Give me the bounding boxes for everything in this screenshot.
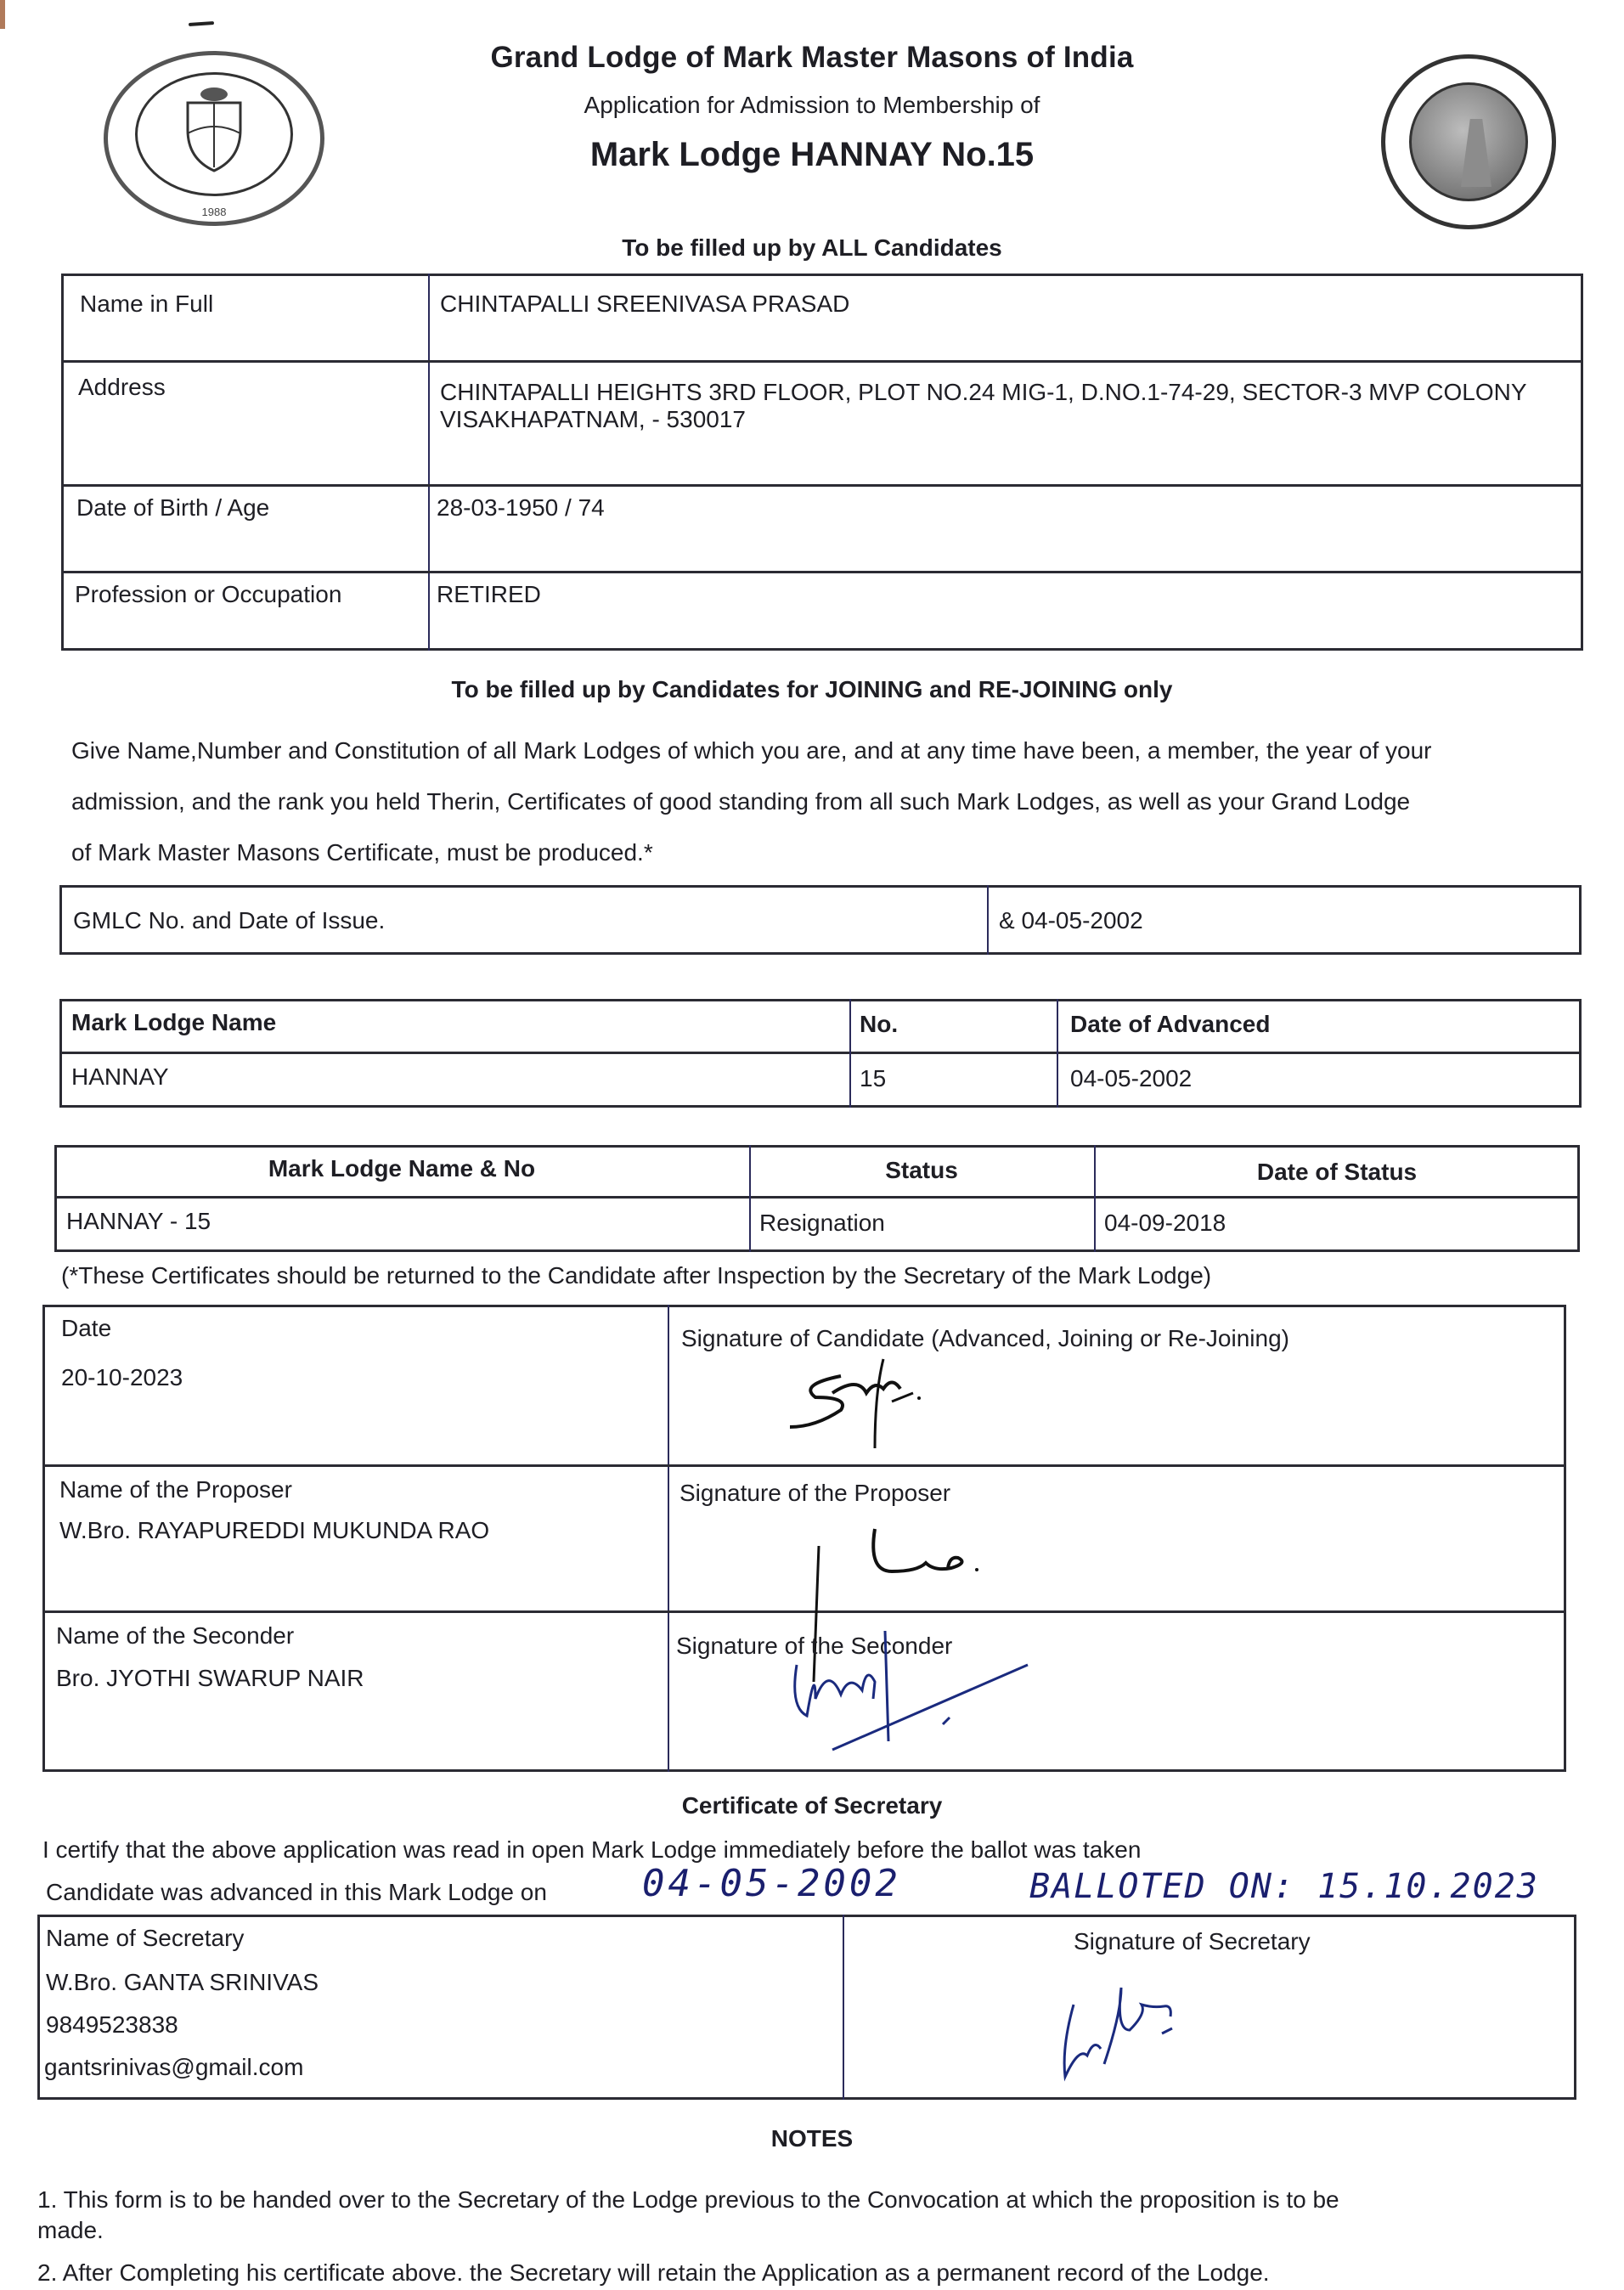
value-address-line2[interactable]: VISAKHAPATNAM, - 530017 xyxy=(440,406,746,433)
section-heading-joining: To be filled up by Candidates for JOININ… xyxy=(0,676,1624,703)
label-profession: Profession or Occupation xyxy=(75,581,341,608)
value-gmlc[interactable]: & 04-05-2002 xyxy=(999,907,1143,934)
certify-text: I certify that the above application was… xyxy=(42,1836,1141,1864)
header-date-of-advanced: Date of Advanced xyxy=(1070,1011,1270,1038)
label-secretary-signature: Signature of Secretary xyxy=(1074,1928,1311,1955)
seconder-signature-icon xyxy=(781,1614,1036,1767)
label-dob-age: Date of Birth / Age xyxy=(76,494,269,522)
lodge-title: Mark Lodge HANNAY No.15 xyxy=(0,136,1624,174)
header-date-of-status: Date of Status xyxy=(1094,1159,1580,1186)
label-candidate-signature: Signature of Candidate (Advanced, Joinin… xyxy=(681,1325,1289,1352)
seal-year: 1988 xyxy=(108,206,320,218)
note-1-cont: made. xyxy=(37,2215,1583,2246)
table-row-lodge-name[interactable]: HANNAY xyxy=(71,1063,169,1091)
value-secretary-phone[interactable]: 9849523838 xyxy=(46,2011,178,2039)
certificates-footnote: (*These Certificates should be returned … xyxy=(61,1262,1211,1289)
value-seconder-name[interactable]: Bro. JYOTHI SWARUP NAIR xyxy=(56,1665,364,1692)
table-row-date-of-status[interactable]: 04-09-2018 xyxy=(1104,1210,1226,1237)
label-address: Address xyxy=(78,374,166,401)
value-proposer-name[interactable]: W.Bro. RAYAPUREDDI MUKUNDA RAO xyxy=(59,1517,489,1544)
note-1: 1. This form is to be handed over to the… xyxy=(37,2185,1583,2215)
value-dob-age[interactable]: 28-03-1950 / 74 xyxy=(437,494,605,522)
handwritten-advanced-date: 04-05-2002 xyxy=(642,1862,901,1905)
header-status: Status xyxy=(749,1157,1094,1184)
note-2: 2. After Completing his certificate abov… xyxy=(37,2258,1583,2288)
label-seconder-name: Name of the Seconder xyxy=(56,1622,294,1650)
value-date[interactable]: 20-10-2023 xyxy=(61,1364,183,1391)
value-secretary-email[interactable]: gantsrinivas@gmail.com xyxy=(44,2054,303,2081)
label-proposer-name: Name of the Proposer xyxy=(59,1476,292,1503)
handwritten-balloted-date: BALLOTED ON: 15.10.2023 xyxy=(1029,1867,1539,1906)
label-secretary-name: Name of Secretary xyxy=(46,1925,244,1952)
value-name-in-full[interactable]: CHINTAPALLI SREENIVASA PRASAD xyxy=(440,290,849,318)
form-subtitle: Application for Admission to Membership … xyxy=(0,92,1624,119)
section-heading-all: To be filled up by ALL Candidates xyxy=(0,234,1624,262)
table-row-lodge-name-no[interactable]: HANNAY - 15 xyxy=(66,1208,211,1235)
header-lodge-name-no: Mark Lodge Name & No xyxy=(54,1155,749,1182)
label-advanced-on: Candidate was advanced in this Mark Lodg… xyxy=(46,1879,547,1906)
value-profession[interactable]: RETIRED xyxy=(437,581,541,608)
candidate-signature-icon xyxy=(781,1351,977,1452)
table-row-status[interactable]: Resignation xyxy=(759,1210,885,1237)
notes-heading: NOTES xyxy=(0,2125,1624,2152)
header-mark-lodge-name: Mark Lodge Name xyxy=(71,1009,276,1036)
table-row-lodge-no[interactable]: 15 xyxy=(860,1065,886,1092)
label-name-in-full: Name in Full xyxy=(80,290,213,318)
label-proposer-signature: Signature of the Proposer xyxy=(679,1480,950,1507)
value-secretary-name[interactable]: W.Bro. GANTA SRINIVAS xyxy=(46,1969,319,1996)
org-title: Grand Lodge of Mark Master Masons of Ind… xyxy=(0,41,1624,75)
instructions-paragraph: Give Name,Number and Constitution of all… xyxy=(71,725,1592,878)
value-address-line1[interactable]: CHINTAPALLI HEIGHTS 3RD FLOOR, PLOT NO.2… xyxy=(440,379,1527,406)
table-row-date-advanced[interactable]: 04-05-2002 xyxy=(1070,1065,1192,1092)
scan-edge-mark xyxy=(0,0,5,29)
secretary-signature-icon xyxy=(1053,1979,1266,2090)
section-heading-secretary: Certificate of Secretary xyxy=(0,1792,1624,1819)
scan-dash-mark xyxy=(189,21,214,26)
label-date: Date xyxy=(61,1315,111,1342)
label-gmlc: GMLC No. and Date of Issue. xyxy=(73,907,385,934)
header-no: No. xyxy=(860,1011,898,1038)
